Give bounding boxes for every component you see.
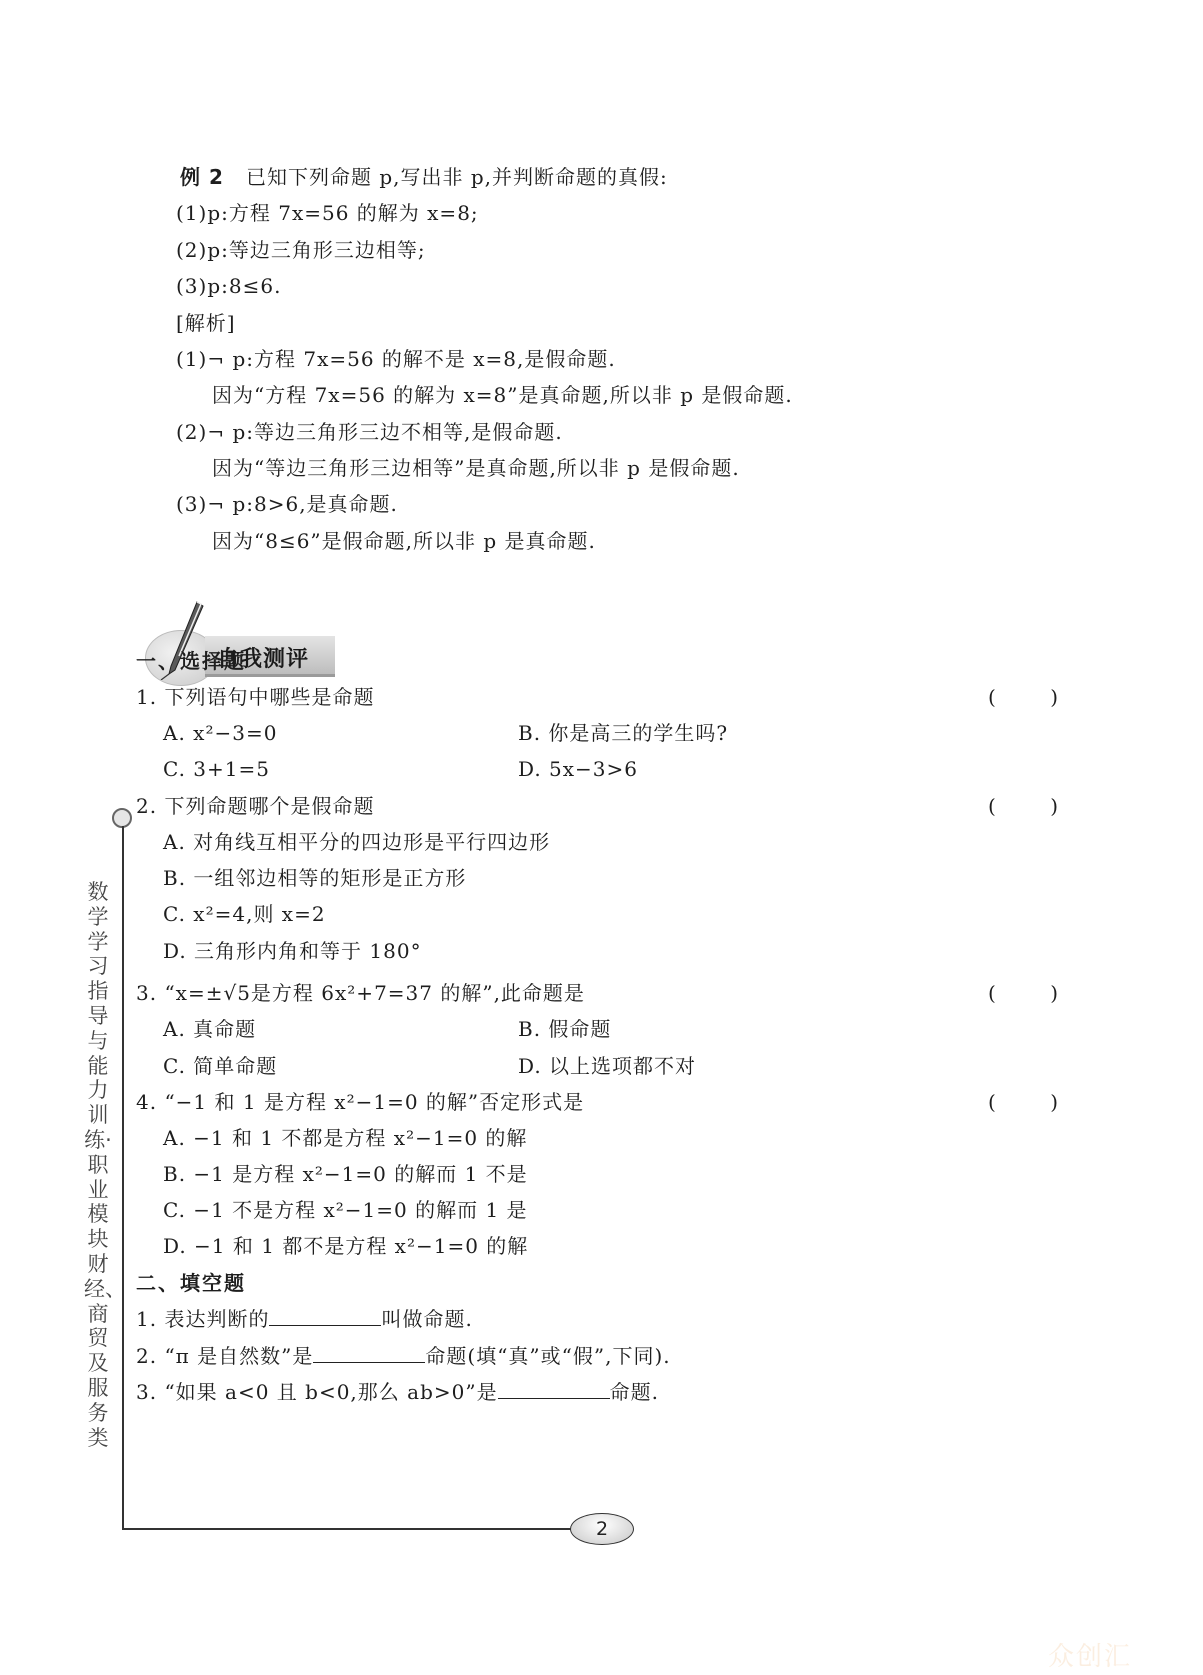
question-2-stem: 2. 下列命题哪个是假命题 <box>136 793 374 819</box>
q4-option-b: B. −1 是方程 x²−1=0 的解而 1 不是 <box>163 1161 528 1187</box>
example-item-1: (1)p:方程 7x=56 的解为 x=8; <box>176 200 479 226</box>
q4-option-d: D. −1 和 1 都不是方程 x²−1=0 的解 <box>163 1233 528 1259</box>
q4-option-c: C. −1 不是方程 x²−1=0 的解而 1 是 <box>163 1197 528 1223</box>
self-test-banner: 自我测评 <box>145 600 335 690</box>
paren-left: ( <box>988 1089 996 1115</box>
answer-paren-2[interactable]: () <box>988 793 1058 819</box>
q1-option-d: D. 5x−3>6 <box>518 756 638 782</box>
question-4-stem: 4. “−1 和 1 是方程 x²−1=0 的解”否定形式是 <box>136 1089 584 1115</box>
q2-option-a: A. 对角线互相平分的四边形是平行四边形 <box>163 829 550 855</box>
q1-option-a: A. x²−3=0 <box>163 720 277 746</box>
paren-right: ) <box>1050 684 1058 710</box>
sidebar-circle <box>112 808 132 828</box>
fill-1-before: 1. 表达判断的 <box>136 1307 269 1331</box>
q2-option-c: C. x²=4,则 x=2 <box>163 901 326 927</box>
q2-option-d: D. 三角形内角和等于 180° <box>163 938 422 964</box>
fill-2-blank[interactable] <box>313 1344 425 1363</box>
q3-option-c: C. 简单命题 <box>163 1053 277 1079</box>
example-item-3: (3)p:8≤6. <box>176 273 281 299</box>
example-label: 例 2 <box>180 165 224 189</box>
paren-right: ) <box>1050 1089 1058 1115</box>
question-1-stem: 1. 下列语句中哪些是命题 <box>136 684 374 710</box>
sidebar-rule <box>122 826 124 1530</box>
q2-option-b: B. 一组邻边相等的矩形是正方形 <box>163 865 466 891</box>
analysis-3-line1: (3)¬ p:8>6,是真命题. <box>176 491 398 517</box>
example-prompt: 已知下列命题 p,写出非 p,并判断命题的真假: <box>246 165 668 189</box>
paren-left: ( <box>988 793 996 819</box>
answer-paren-4[interactable]: () <box>988 1089 1058 1115</box>
analysis-2-line2: 因为“等边三角形三边相等”是真命题,所以非 p 是假命题. <box>212 455 740 481</box>
fill-3-before: 3. “如果 a<0 且 b<0,那么 ab>0”是 <box>136 1380 498 1404</box>
q1-option-c: C. 3+1=5 <box>163 756 270 782</box>
paren-right: ) <box>1050 793 1058 819</box>
fill-question-3: 3. “如果 a<0 且 b<0,那么 ab>0”是命题. <box>136 1379 659 1405</box>
fill-question-1: 1. 表达判断的叫做命题. <box>136 1306 473 1332</box>
analysis-3-line2: 因为“8≤6”是假命题,所以非 p 是真命题. <box>212 528 596 554</box>
fill-2-after: 命题(填“真”或“假”,下同). <box>425 1344 670 1368</box>
page-number: 2 <box>570 1513 634 1545</box>
sidebar-book-title: 数学学习指导与能力训练·职业模块 财经、商贸及服务类 <box>84 880 112 1450</box>
analysis-1-line2: 因为“方程 7x=56 的解为 x=8”是真命题,所以非 p 是假命题. <box>212 382 793 408</box>
paren-right: ) <box>1050 980 1058 1006</box>
analysis-2-line1: (2)¬ p:等边三角形三边不相等,是假命题. <box>176 419 563 445</box>
q3-option-a: A. 真命题 <box>163 1016 256 1042</box>
q4-option-a: A. −1 和 1 不都是方程 x²−1=0 的解 <box>163 1125 527 1151</box>
watermark: 众创汇 <box>1048 1636 1132 1673</box>
example-item-2: (2)p:等边三角形三边相等; <box>176 237 426 263</box>
fill-3-blank[interactable] <box>498 1380 610 1399</box>
answer-paren-1[interactable]: () <box>988 684 1058 710</box>
fill-3-after: 命题. <box>610 1380 659 1404</box>
question-3-stem: 3. “x=±√5是方程 6x²+7=37 的解”,此命题是 <box>136 980 585 1006</box>
fill-1-after: 叫做命题. <box>381 1307 472 1331</box>
analysis-label: [解析] <box>176 310 236 336</box>
q1-option-b: B. 你是高三的学生吗? <box>518 720 728 746</box>
fill-2-before: 2. “π 是自然数”是 <box>136 1344 313 1368</box>
q3-option-d: D. 以上选项都不对 <box>518 1053 696 1079</box>
section-heading-choice: 一、选择题 <box>136 648 246 674</box>
example-title: 例 2 已知下列命题 p,写出非 p,并判断命题的真假: <box>180 164 668 190</box>
footer-rule <box>122 1528 572 1530</box>
fill-question-2: 2. “π 是自然数”是命题(填“真”或“假”,下同). <box>136 1343 671 1369</box>
paren-left: ( <box>988 684 996 710</box>
paren-left: ( <box>988 980 996 1006</box>
analysis-1-line1: (1)¬ p:方程 7x=56 的解不是 x=8,是假命题. <box>176 346 616 372</box>
fill-1-blank[interactable] <box>269 1307 381 1326</box>
answer-paren-3[interactable]: () <box>988 980 1058 1006</box>
q3-option-b: B. 假命题 <box>518 1016 611 1042</box>
section-heading-fill: 二、填空题 <box>136 1270 246 1296</box>
